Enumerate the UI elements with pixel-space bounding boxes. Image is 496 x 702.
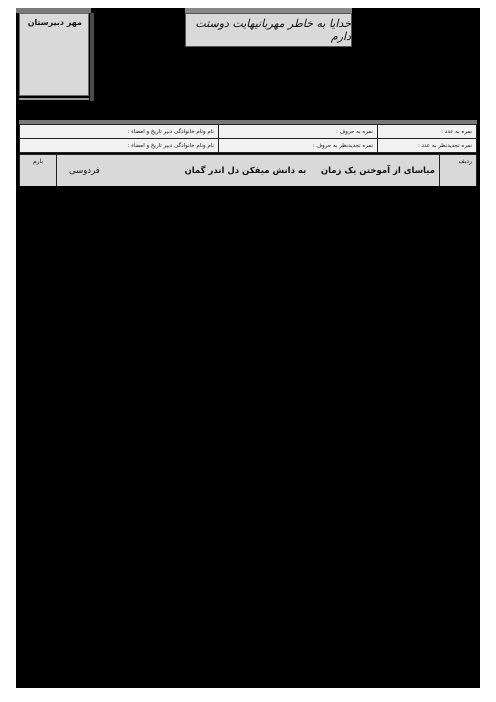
school-stamp-box: مهر دبیرستان: [19, 13, 89, 96]
verse-author: فردوسی: [69, 166, 100, 176]
review-score-number-cell: نمره تجدیدنظر به عدد :: [378, 139, 477, 153]
verse-1: میاسای از آموختن یک زمان: [321, 166, 435, 176]
score-row: نمره به عدد : نمره به حروف : نام ونام خا…: [20, 125, 477, 139]
side-strip: [90, 13, 94, 101]
row-number-header: ردیف: [440, 155, 477, 188]
title-box: خدایا به خاطر مهربانیهایت دوستت دارم: [185, 13, 352, 47]
question-table: ردیف میاسای از آموختن یک زمان به دانش می…: [19, 154, 477, 188]
score-words-cell: نمره به حروف :: [219, 125, 378, 139]
review-score-row: نمره تجدیدنظر به عدد : نمره تجدیدنظر به …: [20, 139, 477, 153]
score-number-cell: نمره به عدد :: [378, 125, 477, 139]
score-info-table: نمره به عدد : نمره به حروف : نام ونام خا…: [19, 124, 477, 153]
intro-verse-cell: میاسای از آموختن یک زمان به دانش میفکن د…: [57, 155, 440, 188]
page-title: خدایا به خاطر مهربانیهایت دوستت دارم: [186, 17, 351, 43]
redacted-body: [16, 186, 480, 688]
review-teacher-signature-cell: نام ونام خانوادگی دبیر تاریخ و امضاء :: [20, 139, 219, 153]
verse-2: به دانش میفکن دل اندر گمان: [184, 166, 306, 176]
question-header-row: ردیف میاسای از آموختن یک زمان به دانش می…: [20, 155, 477, 188]
intro-verse: میاسای از آموختن یک زمان به دانش میفکن د…: [61, 166, 435, 176]
school-stamp-label: مهر دبیرستان: [28, 18, 82, 27]
teacher-signature-cell: نام ونام خانوادگی دبیر تاریخ و امضاء :: [20, 125, 219, 139]
review-score-words-cell: نمره تجدیدنظر به حروف :: [219, 139, 378, 153]
score-header: بارم: [20, 155, 57, 188]
exam-sheet: مهر دبیرستان خدایا به خاطر مهربانیهایت د…: [16, 8, 480, 688]
stamp-divider: [19, 98, 89, 100]
